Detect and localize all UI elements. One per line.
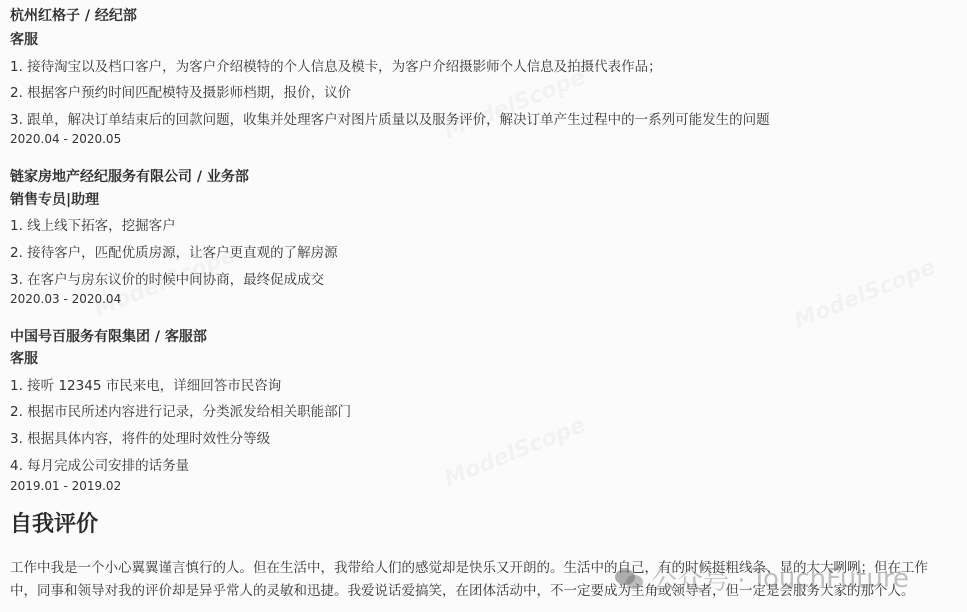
job-role: 销售专员|助理 — [10, 191, 99, 209]
job-role: 客服 — [10, 350, 38, 368]
duty-item: 2. 根据市民所述内容进行记录，分类派发给相关职能部门 — [10, 403, 351, 421]
duty-item: 2. 接待客户，匹配优质房源，让客户更直观的了解房源 — [10, 244, 338, 262]
company-department: 中国号百服务有限集团 / 客服部 — [10, 328, 207, 346]
modelscope-watermark: ModelScope — [441, 65, 589, 144]
period: 2019.01 - 2019.02 — [10, 478, 121, 494]
job-role: 客服 — [10, 31, 38, 49]
duty-item: 4. 每月完成公司安排的话务量 — [10, 457, 189, 475]
self-evaluation-text: 中，同事和领导对我的评价却是异乎常人的灵敏和迅捷。我爱说话爱搞笑，在团体活动中，… — [10, 582, 915, 600]
duty-item: 3. 跟单，解决订单结束后的回款问题，收集并处理客户对图片质量以及服务评价，解决… — [10, 111, 770, 129]
modelscope-watermark: ModelScope — [791, 255, 939, 334]
company-department: 链家房地产经纪服务有限公司 / 业务部 — [10, 168, 249, 186]
section-title-self-evaluation: 自我评价 — [10, 511, 98, 539]
duty-item: 1. 线上线下拓客，挖掘客户 — [10, 217, 176, 235]
modelscope-watermark: ModelScope — [441, 413, 589, 492]
duty-item: 3. 在客户与房东议价的时候中间协商，最终促成成交 — [10, 271, 324, 289]
period: 2020.04 - 2020.05 — [10, 131, 121, 147]
company-department: 杭州红格子 / 经纪部 — [10, 7, 137, 25]
period: 2020.03 - 2020.04 — [10, 291, 121, 307]
duty-item: 1. 接待淘宝以及档口客户，为客户介绍模特的个人信息及模卡，为客户介绍摄影师个人… — [10, 58, 662, 76]
duty-item: 1. 接听 12345 市民来电，详细回答市民咨询 — [10, 377, 281, 395]
duty-item: 2. 根据客户预约时间匹配模特及摄影师档期，报价，议价 — [10, 84, 351, 102]
self-evaluation-text: 工作中我是一个小心翼翼谨言慎行的人。但在生活中，我带给人们的感觉却是快乐又开朗的… — [10, 559, 928, 577]
duty-item: 3. 根据具体内容，将件的处理时效性分等级 — [10, 430, 270, 448]
